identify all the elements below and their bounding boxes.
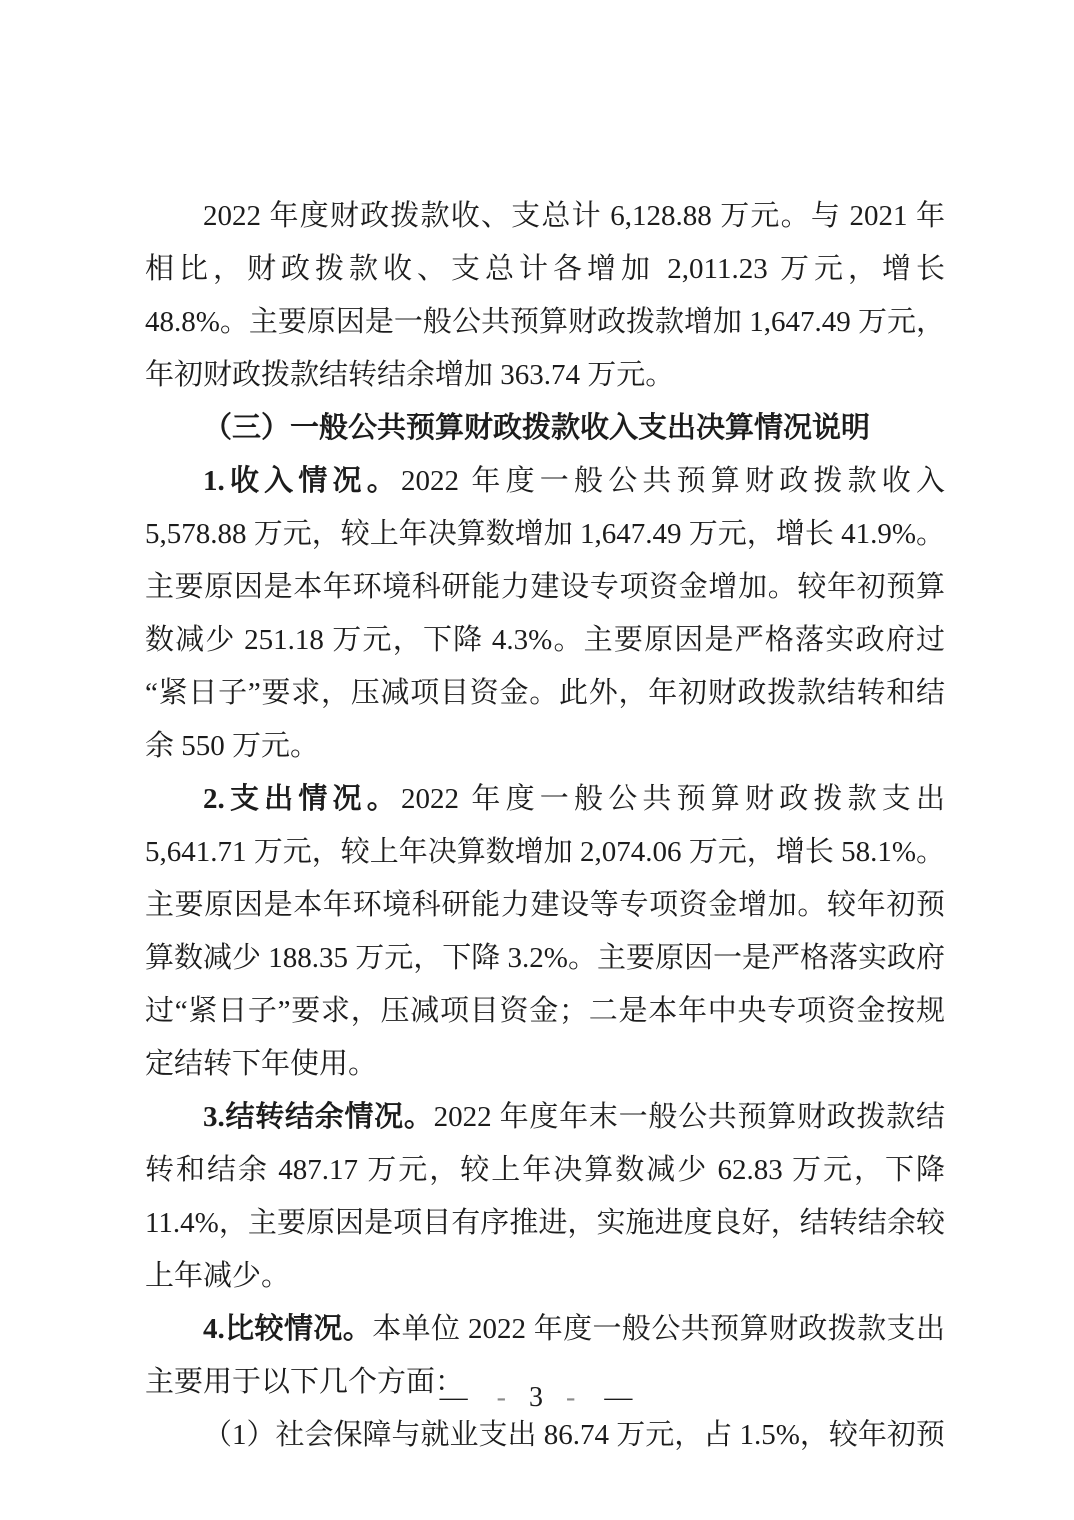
footer-dash-left: — xyxy=(432,1382,478,1413)
paragraph: 3.结转结余情况。2022 年度年末一般公共预算财政拨款结转和结余 487.17… xyxy=(145,1091,945,1303)
page-footer: — - 3 - — xyxy=(0,1378,1074,1418)
paragraph-text: 2022 年度一般公共预算财政拨款支出 5,641.71 万元，较上年决算数增加… xyxy=(145,783,945,1080)
paragraph-lead-label: 2.支出情况。 xyxy=(203,783,401,815)
section-heading: （三）一般公共预算财政拨款收入支出决算情况说明 xyxy=(145,402,945,455)
document-page: 2022 年度财政拨款收、支总计 6,128.88 万元。与 2021 年相比，… xyxy=(0,0,1074,1520)
paragraph-text: （1）社会保障与就业支出 86.74 万元，占 1.5%，较年初预 xyxy=(203,1419,945,1451)
paragraph-lead-label: 1.收入情况。 xyxy=(203,465,401,497)
paragraph-text: 2022 年度一般公共预算财政拨款收入 5,578.88 万元，较上年决算数增加… xyxy=(145,465,945,762)
paragraph: 2.支出情况。2022 年度一般公共预算财政拨款支出 5,641.71 万元，较… xyxy=(145,773,945,1091)
paragraph-lead-label: 4.比较情况。 xyxy=(203,1313,372,1345)
paragraph-lead-label: 3.结转结余情况。 xyxy=(203,1101,434,1133)
footer-hyphen-right: - xyxy=(556,1382,587,1413)
footer-dash-right: — xyxy=(596,1382,642,1413)
document-body: 2022 年度财政拨款收、支总计 6,128.88 万元。与 2021 年相比，… xyxy=(145,190,945,1462)
paragraph: 2022 年度财政拨款收、支总计 6,128.88 万元。与 2021 年相比，… xyxy=(145,190,945,402)
paragraph: 1.收入情况。2022 年度一般公共预算财政拨款收入 5,578.88 万元，较… xyxy=(145,455,945,773)
page-number: 3 xyxy=(527,1382,547,1413)
footer-hyphen-left: - xyxy=(487,1382,518,1413)
paragraph-lead-label: （三）一般公共预算财政拨款收入支出决算情况说明 xyxy=(203,412,870,444)
paragraph-text: 2022 年度财政拨款收、支总计 6,128.88 万元。与 2021 年相比，… xyxy=(145,200,945,391)
